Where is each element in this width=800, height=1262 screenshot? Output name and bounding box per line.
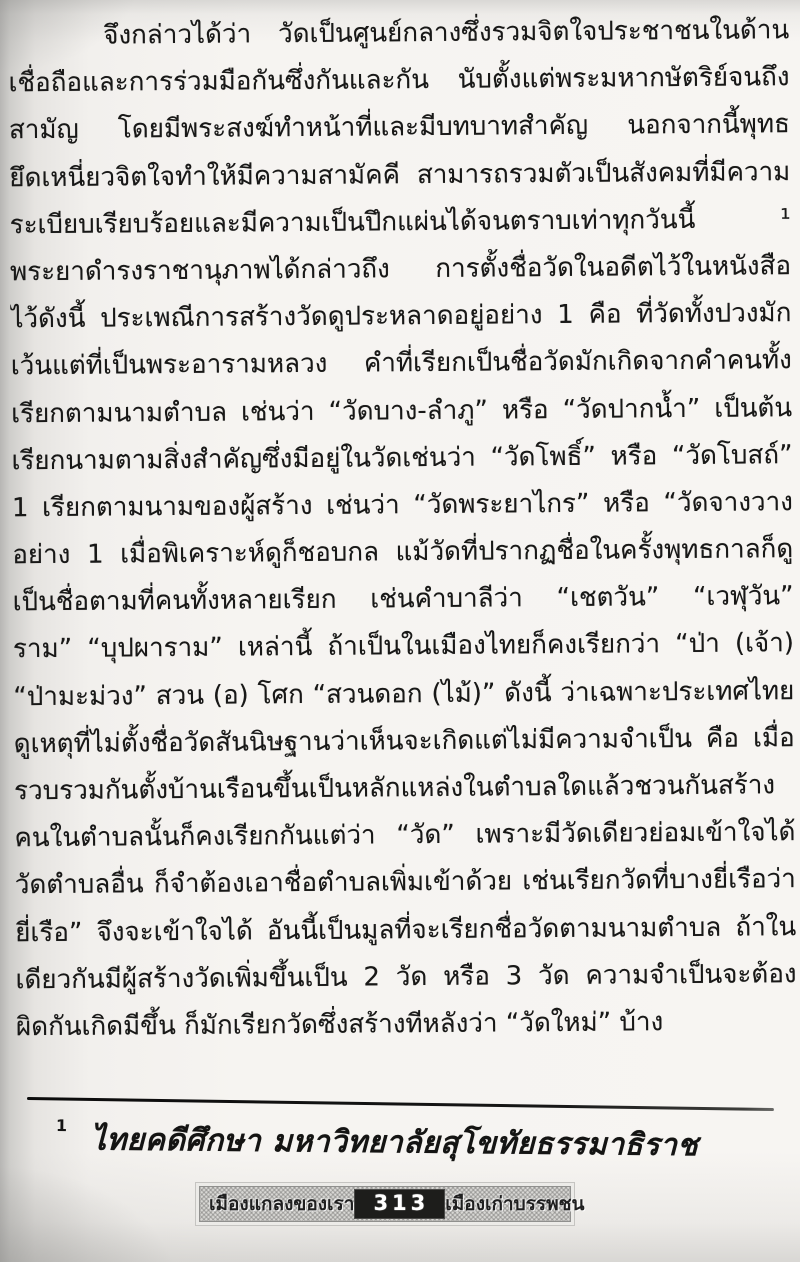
text-line: เรียกนามตามสิ่งสำคัญซึ่งมีอยู่ในวัดเช่นว… (11, 432, 792, 485)
text-line: ดูเหตุที่ไม่ตั้งชื่อวัดสันนิษฐานว่าเห็นจ… (14, 715, 795, 768)
footnote: 1ไทยคดีศึกษา มหาวิทยาลัยสุโขทัยธรรมาธิรา… (56, 1116, 699, 1169)
text-line: เรียกตามนามตำบล เช่นว่า “วัดบาง-ลำภู” หร… (11, 385, 792, 438)
text-line: พระยาดำรงราชานุภาพได้กล่าวถึง การตั้งชื่… (10, 243, 791, 296)
text-line: “ป่ามะม่วง” สวน (อ) โศก “สวนดอก (ไม้)” ด… (13, 668, 794, 721)
text-line: ระเบียบเรียบร้อยและมีความเป็นปึกแผ่นได้จ… (9, 196, 790, 249)
footer-left-title: เมืองแกลงของเรา (209, 1189, 354, 1219)
body-text-block: จึงกล่าวได้ว่า วัดเป็นศูนย์กลางซึ่งรวมจิ… (8, 7, 797, 1051)
text-line: เชื่อถือและการร่วมมือกันซึ่งกันและกัน นั… (8, 54, 789, 107)
text-line: ยึดเหนี่ยวจิตใจทำให้มีความสามัคคี สามารถ… (9, 149, 790, 202)
text-line: เว้นแต่ที่เป็นพระอารามหลวง คำที่เรียกเป็… (11, 337, 792, 390)
text-line: จึงกล่าวได้ว่า วัดเป็นศูนย์กลางซึ่งรวมจิ… (8, 7, 789, 60)
text-line: รวบรวมกันตั้งบ้านเรือนขึ้นเป็นหลักแหล่งใ… (14, 762, 795, 815)
text-line: เดียวกันมีผู้สร้างวัดเพิ่มขึ้นเป็น 2 วัด… (15, 951, 796, 1004)
page-number: 313 (354, 1189, 445, 1219)
text-line: ผิดกันเกิดมีขึ้น ก็มักเรียกวัดซึ่งสร้างท… (16, 998, 797, 1051)
footnote-marker: 1 (56, 1116, 67, 1135)
footnote-divider-line (27, 1097, 774, 1111)
text-line: คนในตำบลนั้นก็คงเรียกกันแต่ว่า “วัด” เพร… (14, 809, 795, 862)
footnote-text: ไทยคดีศึกษา มหาวิทยาลัยสุโขทัยธรรมาธิราช (91, 1122, 699, 1163)
text-line: วัดตำบลอื่น ก็จำต้องเอาชื่อตำบลเพิ่มเข้า… (15, 857, 796, 910)
text-line: อย่าง 1 เมื่อพิเคราะห์ดูก็ชอบกล แม้วัดที… (12, 526, 793, 579)
footer-right-title: เมืองเก่าบรรพชน (445, 1189, 584, 1219)
scanned-book-page: จึงกล่าวได้ว่า วัดเป็นศูนย์กลางซึ่งรวมจิ… (0, 0, 800, 1262)
text-line: ราม” “บุปผาราม” เหล่านี้ ถ้าเป็นในเมืองไ… (13, 621, 794, 674)
text-line: เป็นชื่อตามที่คนทั้งหลายเรียก เช่นคำบาลี… (12, 573, 793, 626)
text-line: สามัญ โดยมีพระสงฆ์ทำหน้าที่และมีบทบาทสำค… (9, 102, 790, 155)
text-line: ไว้ดังนี้ ประเพณีการสร้างวัดดูประหลาดอยู… (10, 290, 791, 343)
page-footer-bar: เมืองแกลงของเรา 313 เมืองเก่าบรรพชน (199, 1186, 571, 1222)
text-line: ยี่เรือ” จึงจะเข้าใจได้ อันนี้เป็นมูลที่… (15, 904, 796, 957)
text-line: 1 เรียกตามนามของผู้สร้าง เช่นว่า “วัดพระ… (12, 479, 793, 532)
